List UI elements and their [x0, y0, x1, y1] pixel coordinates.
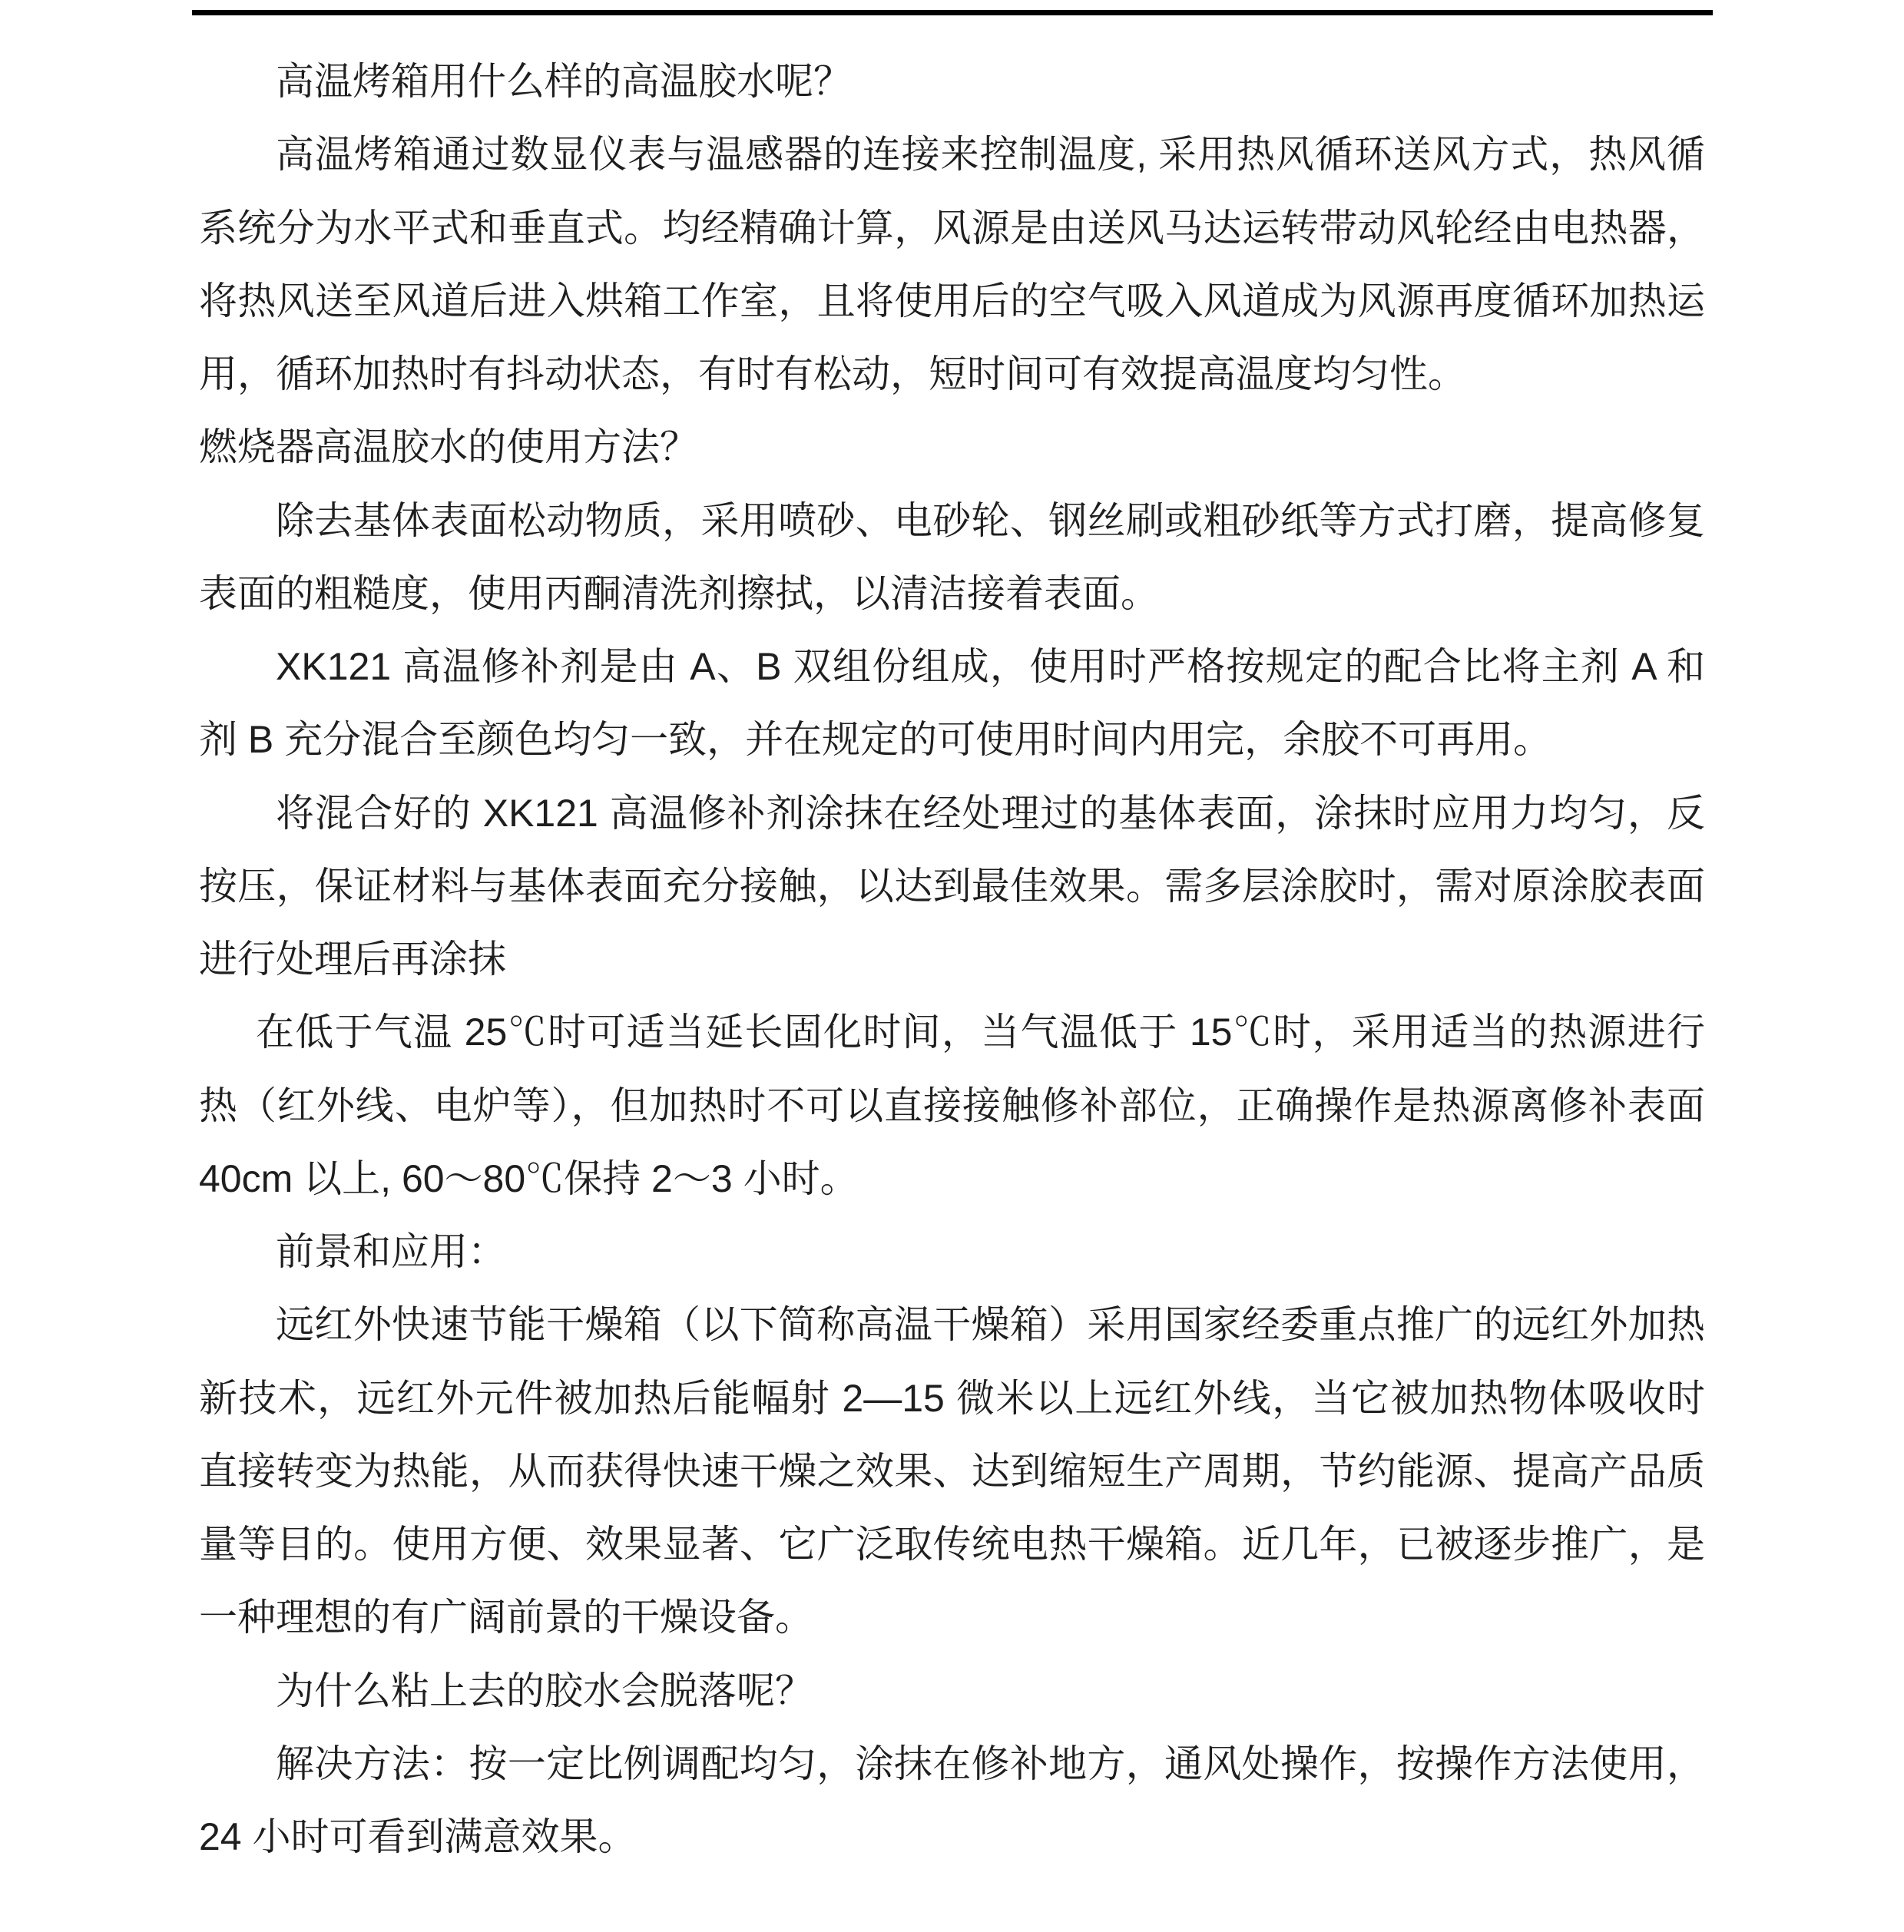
text-line-24: 解决方法：按一定比例调配均匀，涂抹在修补地方，通风处操作，按操作方法使用，	[199, 1728, 1705, 1801]
text-line-21: 量等目的。使用方便、效果显著、它广泛取传统电热干燥箱。近几年，已被逐步推广，是	[199, 1508, 1705, 1581]
text-line-4: 将热风送至风道后进入烘箱工作室，且将使用后的空气吸入风道成为风源再度循环加热运	[199, 265, 1705, 338]
text-line-15: 热（红外线、电炉等），但加热时不可以直接接触修补部位，正确操作是热源离修补表面	[199, 1070, 1705, 1143]
text-line-23: 为什么粘上去的胶水会脱落呢？	[199, 1655, 1705, 1728]
document-body: 高温烤箱用什么样的高温胶水呢？ 高温烤箱通过数显仪表与温感器的连接来控制温度, …	[199, 45, 1705, 1874]
text-line-20: 直接转变为热能，从而获得快速干燥之效果、达到缩短生产周期，节约能源、提高产品质	[199, 1435, 1705, 1508]
header-rule	[192, 10, 1713, 15]
document-page: 高温烤箱用什么样的高温胶水呢？ 高温烤箱通过数显仪表与温感器的连接来控制温度, …	[0, 0, 1904, 1932]
text-line-9: XK121 高温修补剂是由 A、B 双组份组成，使用时严格按规定的配合比将主剂 …	[199, 630, 1705, 703]
text-line-19: 新技术，远红外元件被加热后能幅射 2—15 微米以上远红外线，当它被加热物体吸收…	[199, 1362, 1705, 1435]
text-line-12: 按压，保证材料与基体表面充分接触，以达到最佳效果。需多层涂胶时，需对原涂胶表面	[199, 850, 1705, 923]
text-line-18: 远红外快速节能干燥箱（以下简称高温干燥箱）采用国家经委重点推广的远红外加热	[199, 1289, 1705, 1361]
text-line-8: 表面的粗糙度，使用丙酮清洗剂擦拭，以清洁接着表面。	[199, 557, 1705, 630]
text-line-2: 高温烤箱通过数显仪表与温感器的连接来控制温度, 采用热风循环送风方式，热风循环	[199, 118, 1705, 191]
text-line-13: 进行处理后再涂抹	[199, 923, 1705, 996]
text-line-17: 前景和应用：	[199, 1216, 1705, 1289]
text-line-6: 燃烧器高温胶水的使用方法？	[199, 411, 1705, 484]
text-line-14: 在低于气温 25℃时可适当延长固化时间，当气温低于 15℃时，采用适当的热源进行…	[199, 996, 1705, 1069]
text-line-11: 将混合好的 XK121 高温修补剂涂抹在经处理过的基体表面，涂抹时应用力均匀，反…	[199, 777, 1705, 850]
text-line-25: 24 小时可看到满意效果。	[199, 1801, 1705, 1874]
text-line-3: 系统分为水平式和垂直式。均经精确计算，风源是由送风马达运转带动风轮经由电热器，	[199, 192, 1705, 265]
text-line-22: 一种理想的有广阔前景的干燥设备。	[199, 1581, 1705, 1654]
text-line-7: 除去基体表面松动物质，采用喷砂、电砂轮、钢丝刷或粗砂纸等方式打磨，提高修复	[199, 485, 1705, 557]
text-line-16: 40cm 以上, 60～80℃保持 2～3 小时。	[199, 1143, 1705, 1216]
text-line-1: 高温烤箱用什么样的高温胶水呢？	[199, 45, 1705, 118]
text-line-10: 剂 B 充分混合至颜色均匀一致，并在规定的可使用时间内用完，余胶不可再用。	[199, 703, 1705, 776]
text-line-5: 用，循环加热时有抖动状态，有时有松动，短时间可有效提高温度均匀性。	[199, 338, 1705, 411]
